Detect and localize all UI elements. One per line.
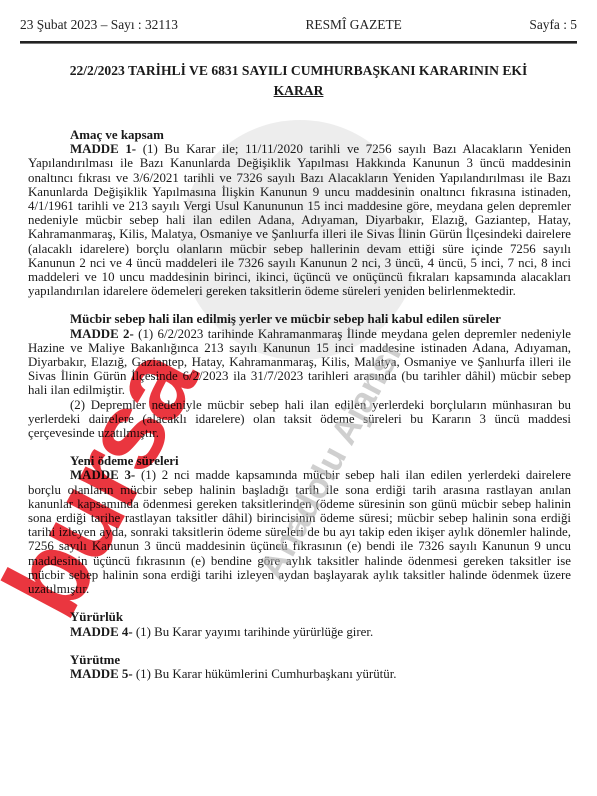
article-number: MADDE 5- [70,667,133,681]
title-line-2: KARAR [20,81,577,101]
section-heading: Yürütme [28,653,571,667]
article-paragraph: MADDE 4- (1) Bu Karar yayımı tarihinde y… [28,625,571,639]
article-paragraph: MADDE 2- (1) 6/2/2023 tarihinde Kahraman… [28,327,571,398]
article-number: MADDE 4- [70,625,133,639]
article-text: (1) 2 nci madde kapsamında mücbir sebep … [28,468,571,596]
article-paragraph: MADDE 1- (1) Bu Karar ile; 11/11/2020 ta… [28,142,571,298]
section-heading: Mücbir sebep hali ilan edilmiş yerler ve… [28,312,571,326]
article-paragraph: (2) Depremler nedeniyle mücbir sebep hal… [28,398,571,441]
article-text: (1) Bu Karar hükümlerini Cumhurbaşkanı y… [133,667,397,681]
article-number: MADDE 1- [70,142,136,156]
issue-date-number: 23 Şubat 2023 – Sayı : 32113 [20,17,178,33]
page-number: Sayfa : 5 [529,17,577,33]
header-divider [20,41,577,44]
article-text: (1) Bu Karar ile; 11/11/2020 tarihli ve … [28,142,571,298]
section-heading: Yeni ödeme süreleri [28,454,571,468]
gazette-header: 23 Şubat 2023 – Sayı : 32113 RESMÎ GAZET… [20,17,577,33]
article-text: (1) Bu Karar yayımı tarihinde yürürlüğe … [133,625,374,639]
article-number: MADDE 3- [70,468,135,482]
article-number: MADDE 2- [70,327,134,341]
publication-name: RESMÎ GAZETE [306,17,402,33]
article-text: (2) Depremler nedeniyle mücbir sebep hal… [28,398,571,440]
article-paragraph: MADDE 5- (1) Bu Karar hükümlerini Cumhur… [28,667,571,681]
title-line-1: 22/2/2023 TARİHLİ VE 6831 SAYILI CUMHURB… [70,63,528,78]
section-heading: Yürürlük [28,610,571,624]
article-paragraph: MADDE 3- (1) 2 nci madde kapsamında mücb… [28,468,571,596]
document-body: Amaç ve kapsam MADDE 1- (1) Bu Karar ile… [28,128,571,681]
section-heading: Amaç ve kapsam [28,128,571,142]
document-title: 22/2/2023 TARİHLİ VE 6831 SAYILI CUMHURB… [20,61,577,101]
